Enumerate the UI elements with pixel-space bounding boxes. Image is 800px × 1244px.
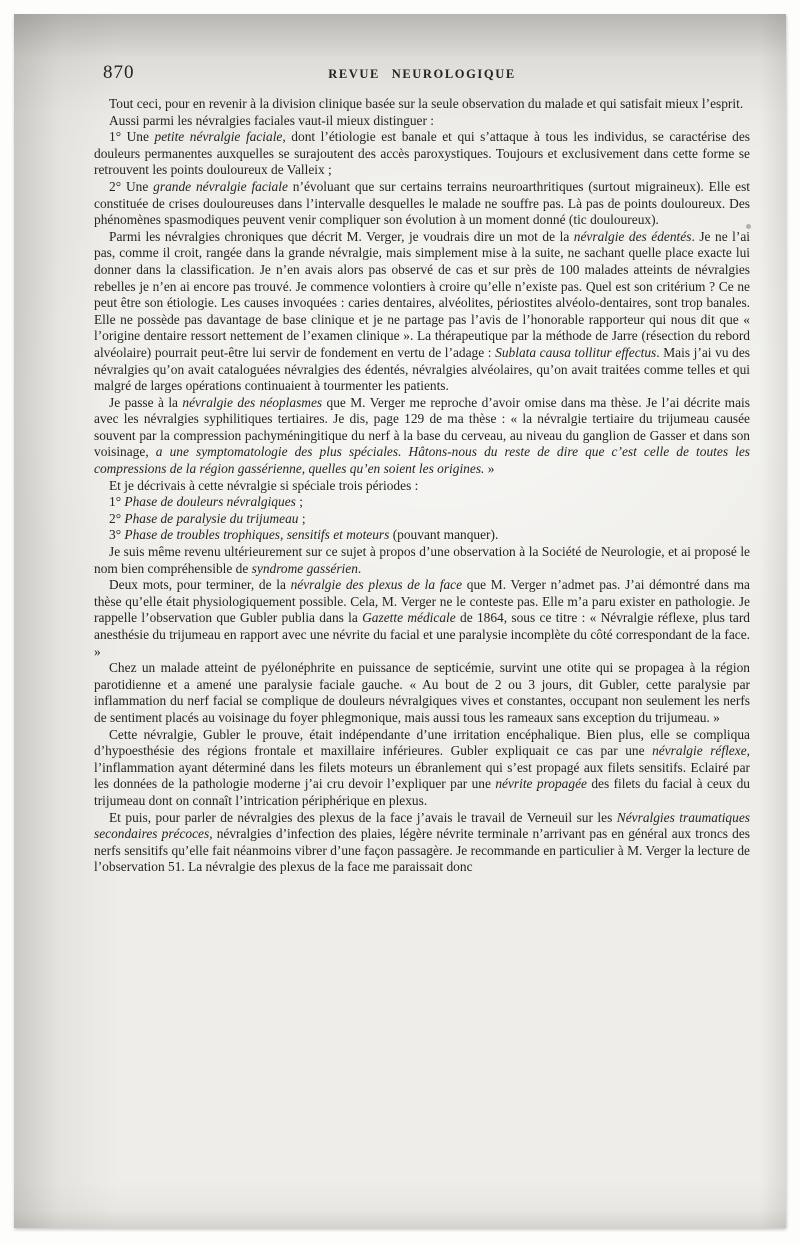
paragraph: Et je décrivais à cette névralgie si spé… [94, 478, 750, 495]
paragraph: Deux mots, pour terminer, de la névralgi… [94, 577, 750, 660]
text-run: 2° [109, 511, 124, 526]
journal-title: REVUE NEUROLOGIQUE [94, 67, 750, 82]
paragraph: 1° Une petite névralgie faciale, dont l’… [94, 129, 750, 179]
italic-run: névralgie des plexus de la face [291, 577, 462, 592]
text-run: Je suis même revenu ultérieurement sur c… [94, 544, 750, 576]
paragraph: Je suis même revenu ultérieurement sur c… [94, 544, 750, 577]
italic-run: Phase de douleurs névralgiques [124, 494, 295, 509]
italic-run: a une symptomatologie des plus spéciales… [94, 444, 750, 476]
text-run: Deux mots, pour terminer, de la [109, 577, 291, 592]
paragraph: 3° Phase de troubles trophiques, sensiti… [94, 527, 750, 544]
text-run: (pouvant manquer). [389, 527, 498, 542]
text-run: . Je ne l’ai pas, comme il croit, rangée… [94, 229, 750, 360]
paragraph: Aussi parmi les névralgies faciales vaut… [94, 113, 750, 130]
text-run: Je passe à la [109, 395, 182, 410]
italic-run: Phase de troubles trophiques, sensitifs … [124, 527, 389, 542]
paragraph: Je passe à la névralgie des néoplasmes q… [94, 395, 750, 478]
paragraph: 2° Une grande névralgie faciale n’évolua… [94, 179, 750, 229]
text-run: Et je décrivais à cette névralgie si spé… [109, 478, 418, 493]
text-run: Tout ceci, pour en revenir à la division… [109, 96, 743, 111]
text-run: Chez un malade atteint de pyélonéphrite … [94, 660, 750, 725]
italic-run: syndrome gassérien [252, 561, 358, 576]
text-run: Et puis, pour parler de névralgies des p… [109, 810, 617, 825]
paragraph: Tout ceci, pour en revenir à la division… [94, 96, 750, 113]
paragraph: 2° Phase de paralysie du trijumeau ; [94, 511, 750, 528]
text-column: Tout ceci, pour en revenir à la division… [94, 96, 750, 876]
text-run: Parmi les névralgies chroniques que décr… [109, 229, 574, 244]
text-run: . [358, 561, 361, 576]
document-page: 870 REVUE NEUROLOGIQUE Tout ceci, pour e… [14, 14, 786, 1228]
paragraph: Chez un malade atteint de pyélonéphrite … [94, 660, 750, 726]
italic-run: Gazette médicale [362, 610, 456, 625]
italic-run: petite névralgie faciale [155, 129, 283, 144]
italic-run: névralgie réflexe [652, 743, 747, 758]
text-run: » [484, 461, 494, 476]
paragraph: 1° Phase de douleurs névralgiques ; [94, 494, 750, 511]
scanned-page-background: 870 REVUE NEUROLOGIQUE Tout ceci, pour e… [0, 0, 800, 1244]
text-run: 2° Une [109, 179, 153, 194]
text-run: 1° [109, 494, 124, 509]
italic-run: Phase de paralysie du trijumeau [124, 511, 298, 526]
italic-run: névralgie des édentés [574, 229, 692, 244]
text-run: 1° Une [109, 129, 155, 144]
paragraph: Parmi les névralgies chroniques que décr… [94, 229, 750, 395]
paragraph: Et puis, pour parler de névralgies des p… [94, 810, 750, 876]
italic-run: névralgie des néoplasmes [182, 395, 322, 410]
text-run: ; [298, 511, 305, 526]
italic-run: grande névralgie faciale [153, 179, 288, 194]
italic-run: Sublata causa tollitur effectus [495, 345, 656, 360]
italic-run: névrite propagée [495, 776, 587, 791]
scan-speck [746, 224, 751, 229]
paragraph: Cette névralgie, Gubler le prouve, était… [94, 727, 750, 810]
text-run: 3° [109, 527, 124, 542]
text-run: ; [296, 494, 303, 509]
text-run: Aussi parmi les névralgies faciales vaut… [109, 113, 434, 128]
